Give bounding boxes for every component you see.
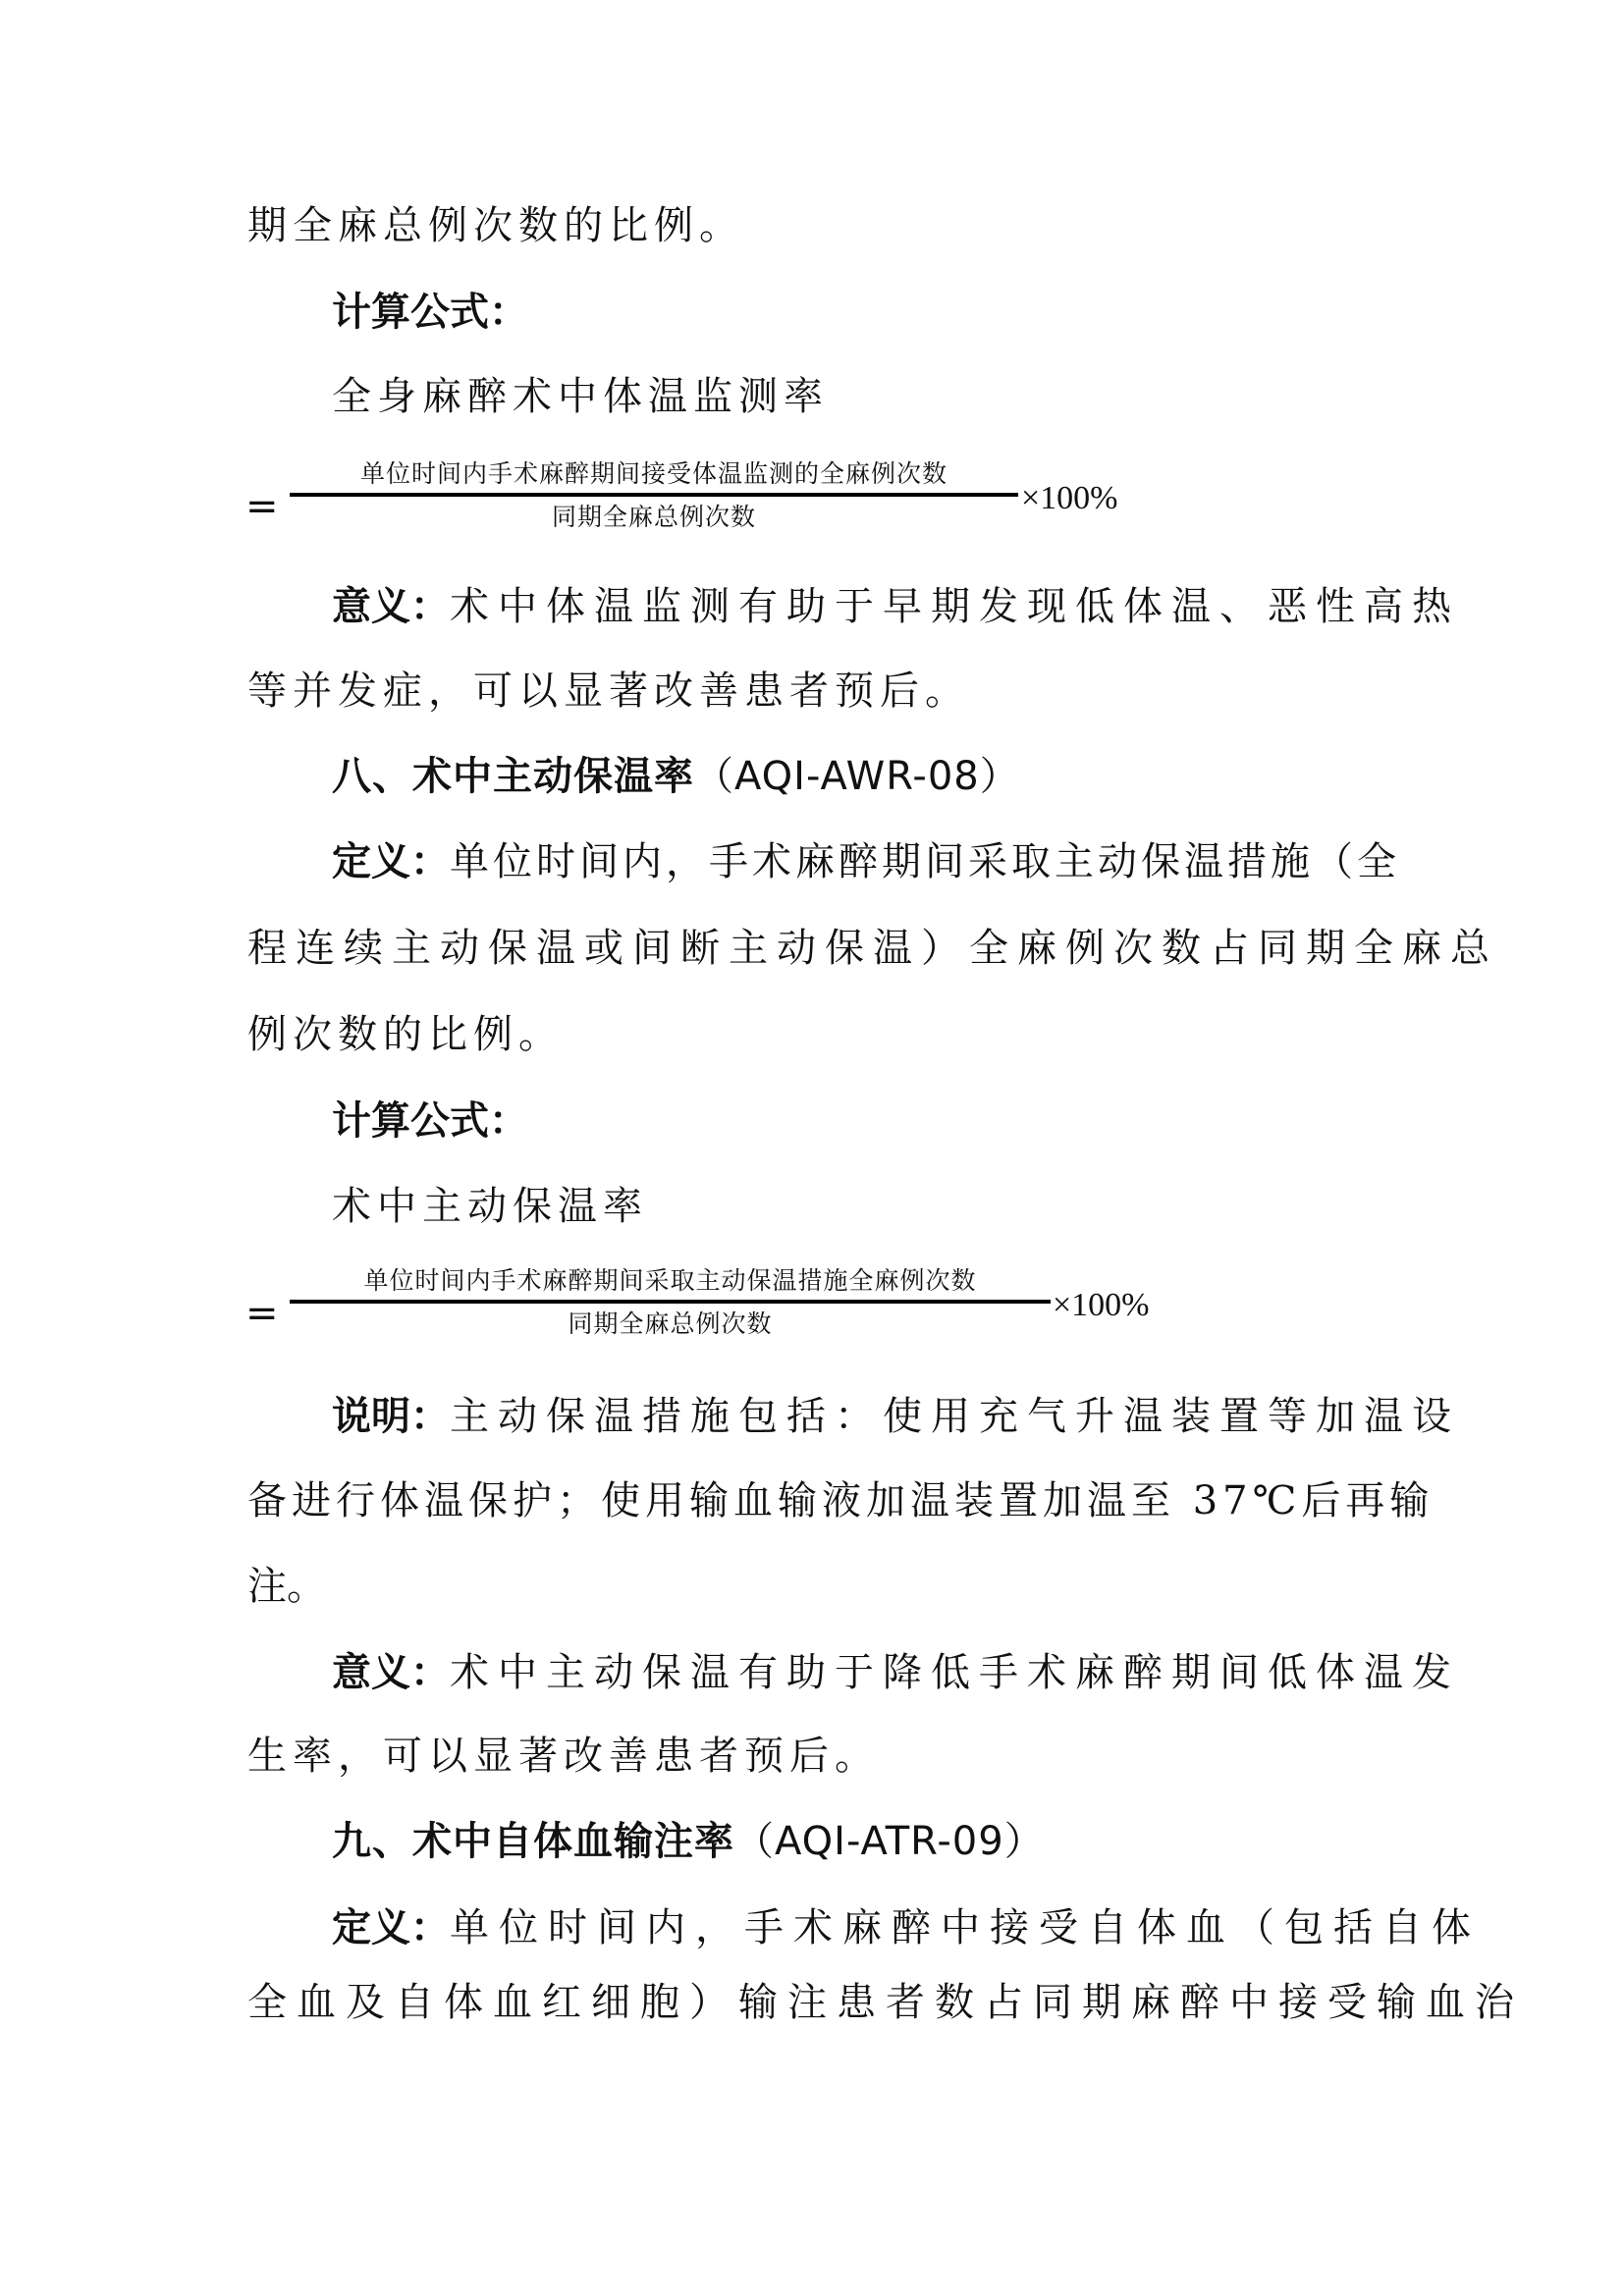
note-text-continued: 备进行体温保护；使用输血输液加温装置加温至 37℃后再输: [247, 1477, 1384, 1524]
multiplier: ×100%: [1053, 1286, 1150, 1325]
significance-text-continued: 生率，可以显著改善患者预后。: [247, 1733, 1384, 1780]
formula-label: 计算公式：: [332, 289, 1384, 336]
definition-text: 单位时间内，手术麻醉期间采取主动保温措施（全: [450, 838, 1400, 885]
note-label: 说明：: [332, 1393, 450, 1440]
significance-paragraph: 意义： 术中主动保温有助于降低手术麻醉期间低体温发: [332, 1649, 1384, 1696]
fraction-numerator: 单位时间内手术麻醉期间接受体温监测的全麻例次数: [290, 459, 1018, 489]
significance-label: 意义：: [332, 583, 450, 630]
document-page: 期全麻总例次数的比例。 计算公式： 全身麻醉术中体温监测率 = 单位时间内手术麻…: [0, 0, 1624, 2296]
definition-tail: 期全麻总例次数的比例。: [247, 202, 1384, 249]
formula-name: 全身麻醉术中体温监测率: [332, 373, 1384, 420]
definition-text-continued: 全血及自体血红细胞）输注患者数占同期麻醉中接受输血治: [247, 1979, 1384, 2026]
multiplier: ×100%: [1021, 479, 1118, 518]
section-heading-8: 八、术中主动保温率（AQI-AWR-08）: [332, 753, 1384, 800]
definition-label: 定义：: [332, 838, 450, 885]
note-text: 主动保温措施包括：使用充气升温装置等加温设: [450, 1393, 1460, 1440]
definition-label: 定义：: [332, 1904, 450, 1951]
section-heading-9: 九、术中自体血输注率（AQI-ATR-09）: [332, 1818, 1384, 1865]
section-title: 八、术中主动保温率: [332, 754, 694, 799]
section-code: （AQI-ATR-09）: [734, 1819, 1045, 1864]
significance-text: 术中主动保温有助于降低手术麻醉期间低体温发: [450, 1649, 1460, 1696]
significance-text-continued: 等并发症，可以显著改善患者预后。: [247, 667, 1384, 715]
equals-sign: =: [245, 487, 279, 526]
definition-paragraph: 定义： 单位时间内，手术麻醉期间采取主动保温措施（全: [332, 838, 1384, 885]
fraction-numerator: 单位时间内手术麻醉期间采取主动保温措施全麻例次数: [290, 1266, 1051, 1296]
section-title: 九、术中自体血输注率: [332, 1819, 734, 1864]
definition-text-end: 例次数的比例。: [247, 1011, 1384, 1058]
equals-sign: =: [245, 1294, 279, 1333]
significance-paragraph: 意义： 术中体温监测有助于早期发现低体温、恶性高热: [332, 583, 1384, 630]
significance-text: 术中体温监测有助于早期发现低体温、恶性高热: [450, 583, 1460, 630]
significance-label: 意义：: [332, 1649, 450, 1696]
note-paragraph: 说明： 主动保温措施包括：使用充气升温装置等加温设: [332, 1393, 1384, 1440]
fraction-denominator: 同期全麻总例次数: [290, 1309, 1051, 1339]
fraction: 单位时间内手术麻醉期间采取主动保温措施全麻例次数 同期全麻总例次数: [290, 1266, 1051, 1339]
fraction-bar: [290, 493, 1018, 497]
definition-text: 单位时间内，手术麻醉中接受自体血（包括自体: [450, 1904, 1481, 1951]
fraction: 单位时间内手术麻醉期间接受体温监测的全麻例次数 同期全麻总例次数: [290, 459, 1018, 532]
fraction-denominator: 同期全麻总例次数: [290, 503, 1018, 532]
formula-label: 计算公式：: [332, 1097, 1384, 1145]
section-code: （AQI-AWR-08）: [694, 754, 1020, 799]
definition-text-continued: 程连续主动保温或间断主动保温）全麻例次数占同期全麻总: [247, 925, 1384, 972]
fraction-bar: [290, 1300, 1051, 1304]
definition-paragraph: 定义： 单位时间内，手术麻醉中接受自体血（包括自体: [332, 1904, 1384, 1951]
formula-name: 术中主动保温率: [332, 1183, 1384, 1230]
note-text-end: 注。: [247, 1563, 1384, 1610]
